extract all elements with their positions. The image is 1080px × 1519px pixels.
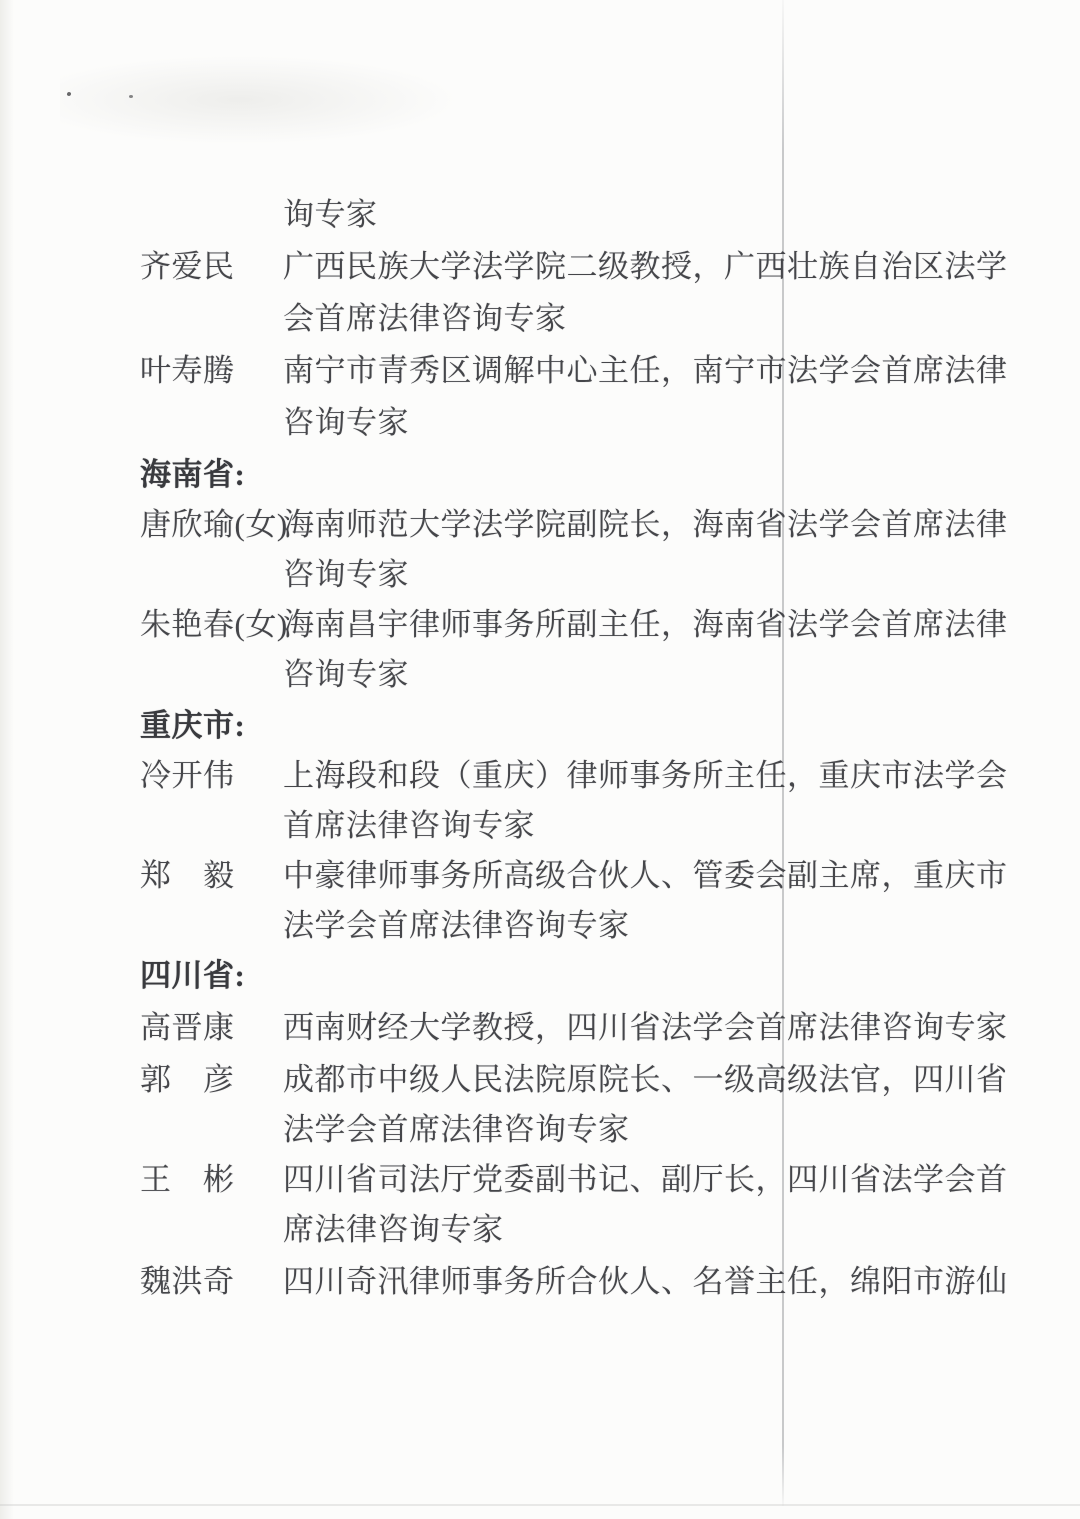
scanned-document-page: 询专家 齐爱民 广西民族大学法学院二级教授，广西壮族自治区法学 会首席法律咨询专… <box>0 0 1080 1519</box>
expert-description-line: 四川奇汛律师事务所合伙人、名誉主任，绵阳市游仙 <box>283 1264 1008 1304</box>
scan-edge-shading <box>0 0 14 1519</box>
section-heading-hainan: 海南省: <box>140 457 245 497</box>
expert-name: 郭 彦 <box>140 1062 290 1102</box>
expert-description-line: 席法律咨询专家 <box>283 1212 504 1252</box>
scan-bottom-edge <box>0 1504 1080 1506</box>
expert-description-line: 咨询专家 <box>283 657 409 697</box>
expert-description-line: 成都市中级人民法院原院长、一级高级法官，四川省 <box>283 1062 1008 1102</box>
expert-name: 高晋康 <box>140 1010 290 1050</box>
continuation-line: 询专家 <box>283 197 378 237</box>
expert-name: 齐爱民 <box>140 249 290 289</box>
scan-speck <box>129 95 133 98</box>
expert-description-line: 西南财经大学教授，四川省法学会首席法律咨询专家 <box>283 1010 1008 1050</box>
expert-name: 王 彬 <box>140 1162 290 1202</box>
expert-description-line: 四川省司法厅党委副书记、副厅长，四川省法学会首 <box>283 1162 1008 1202</box>
expert-description-line: 中豪律师事务所高级合伙人、管委会副主席，重庆市 <box>283 858 1008 898</box>
expert-name: 唐欣瑜(女) <box>140 507 290 547</box>
section-heading-sichuan: 四川省: <box>140 958 245 998</box>
expert-description-line: 首席法律咨询专家 <box>283 808 535 848</box>
expert-name: 朱艳春(女) <box>140 607 290 647</box>
expert-description-line: 会首席法律咨询专家 <box>283 301 567 341</box>
expert-name: 叶寿腾 <box>140 353 290 393</box>
expert-description-line: 咨询专家 <box>283 557 409 597</box>
expert-description-line: 南宁市青秀区调解中心主任，南宁市法学会首席法律 <box>283 353 1008 393</box>
expert-description-line: 广西民族大学法学院二级教授，广西壮族自治区法学 <box>283 249 1008 289</box>
section-heading-chongqing: 重庆市: <box>140 708 245 748</box>
expert-description-line: 上海段和段（重庆）律师事务所主任，重庆市法学会 <box>283 758 1008 798</box>
expert-description-line: 法学会首席法律咨询专家 <box>283 1112 630 1152</box>
expert-name: 魏洪奇 <box>140 1264 290 1304</box>
expert-name: 郑 毅 <box>140 858 290 898</box>
expert-description-line: 海南师范大学法学院副院长，海南省法学会首席法律 <box>283 507 1008 547</box>
expert-description-line: 咨询专家 <box>283 405 409 445</box>
expert-name: 冷开伟 <box>140 758 290 798</box>
scan-smudge <box>60 55 460 145</box>
expert-description-line: 海南昌宇律师事务所副主任，海南省法学会首席法律 <box>283 607 1008 647</box>
expert-description-line: 法学会首席法律咨询专家 <box>283 908 630 948</box>
